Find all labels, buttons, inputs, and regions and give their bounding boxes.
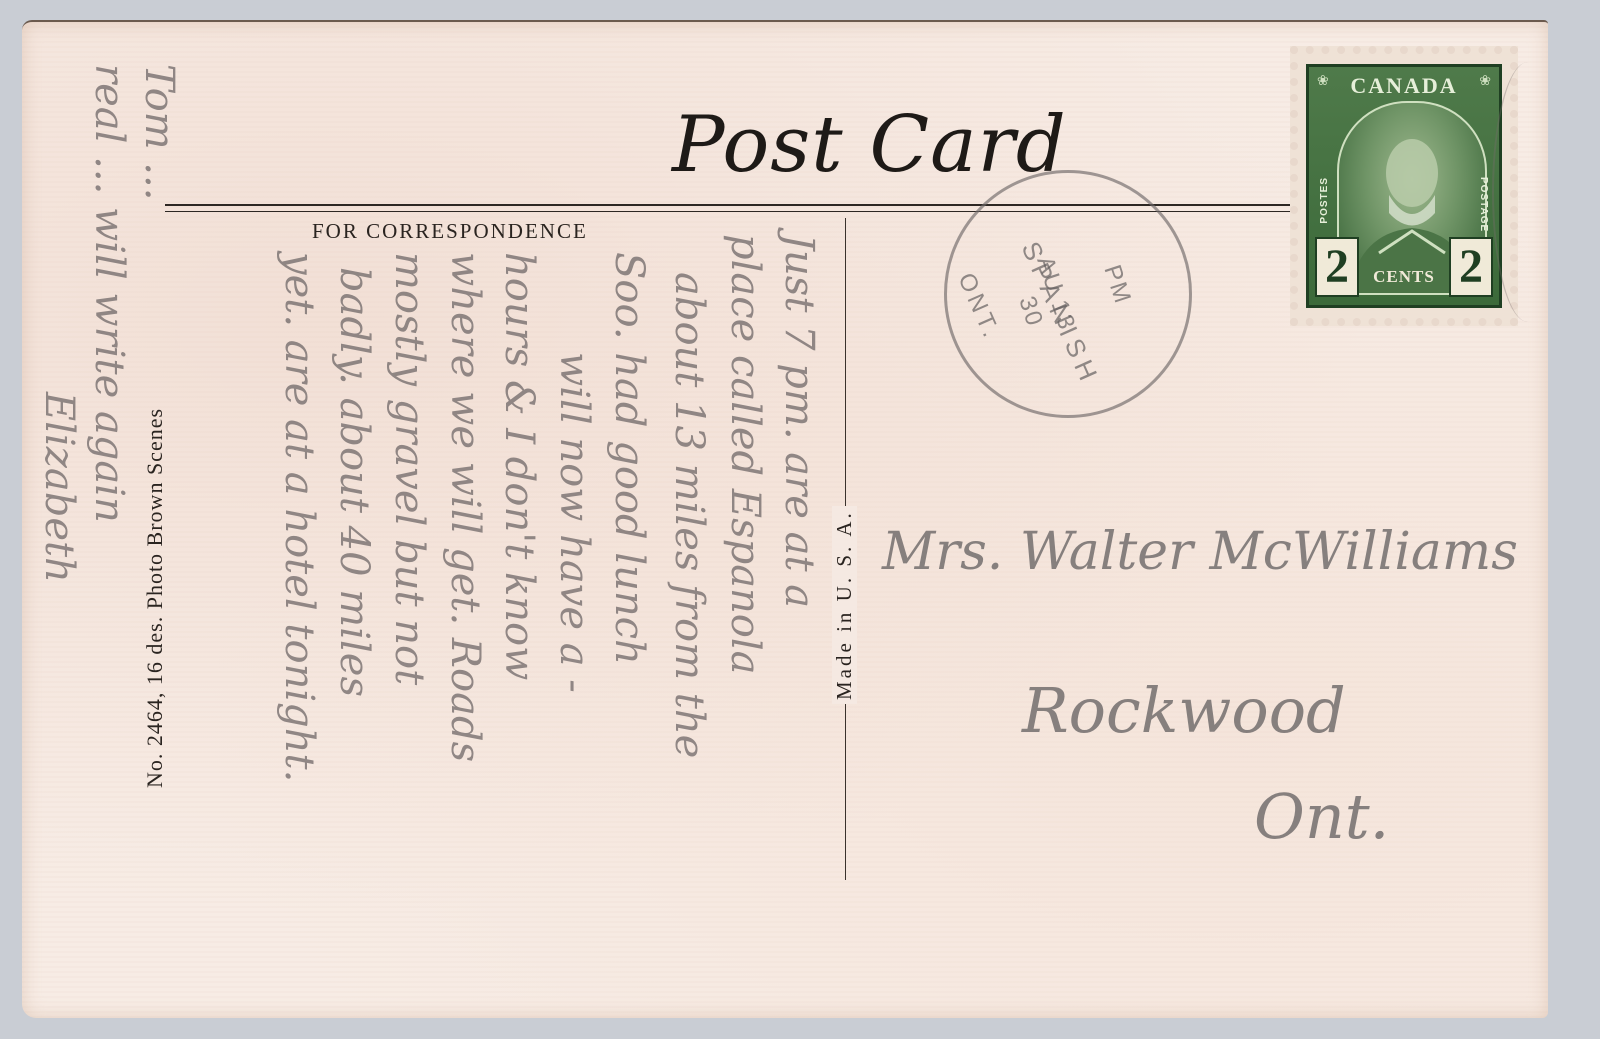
message-line: mostly gravel but not bbox=[386, 252, 432, 685]
message-line: where we will get. Roads bbox=[442, 252, 488, 762]
message-line: hours & I don't know bbox=[496, 252, 542, 680]
cancellation-mark bbox=[1492, 62, 1564, 322]
message-line: place called Espanola bbox=[722, 234, 768, 675]
address-town: Rockwood bbox=[1022, 674, 1346, 747]
stamp-frame: ❀ ❀ CANADA POSTES POSTAGE 2 2 CENTS bbox=[1306, 64, 1502, 308]
postage-stamp: ❀ ❀ CANADA POSTES POSTAGE 2 2 CENTS bbox=[1290, 46, 1518, 326]
message-line: will now have a - bbox=[551, 352, 597, 693]
address-name: Mrs. Walter McWilliams bbox=[882, 522, 1518, 582]
stamp-unit: CENTS bbox=[1361, 267, 1447, 287]
message-line: yet. are at a hotel tonight. bbox=[276, 252, 322, 782]
message-signature: Elizabeth bbox=[36, 392, 82, 583]
publisher-line: No. 2464, 16 des. Photo Brown Scenes bbox=[142, 408, 168, 788]
postcard-title: Post Card bbox=[672, 100, 1067, 190]
stamp-denomination-right: 2 bbox=[1449, 237, 1493, 297]
correspondence-label: FOR CORRESPONDENCE bbox=[312, 219, 588, 244]
message-line: badly. about 40 miles bbox=[331, 267, 377, 697]
stamp-denomination-left: 2 bbox=[1315, 237, 1359, 297]
message-line: Soo. had good lunch bbox=[606, 252, 652, 665]
message-line: about 13 miles from the bbox=[666, 272, 712, 758]
postmark-province: ONT. bbox=[951, 269, 1005, 345]
stamp-country: CANADA bbox=[1309, 73, 1499, 99]
postmark: SPANISH PM AU 13 30 ONT. bbox=[944, 170, 1192, 418]
message-line: Tom ... bbox=[136, 64, 182, 200]
stamp-postes-label: POSTES bbox=[1319, 177, 1330, 224]
message-line: Just 7 pm. are at a bbox=[776, 234, 822, 608]
made-in-label: Made in U. S. A. bbox=[832, 506, 857, 704]
message-line: real ... will write again bbox=[86, 64, 132, 523]
postcard-back: Post Card FOR CORRESPONDENCE Made in U. … bbox=[22, 20, 1548, 1018]
postmark-ampm: PM bbox=[1098, 262, 1137, 309]
address-province: Ont. bbox=[1254, 780, 1389, 853]
stamp-postage-label: POSTAGE bbox=[1478, 177, 1489, 232]
